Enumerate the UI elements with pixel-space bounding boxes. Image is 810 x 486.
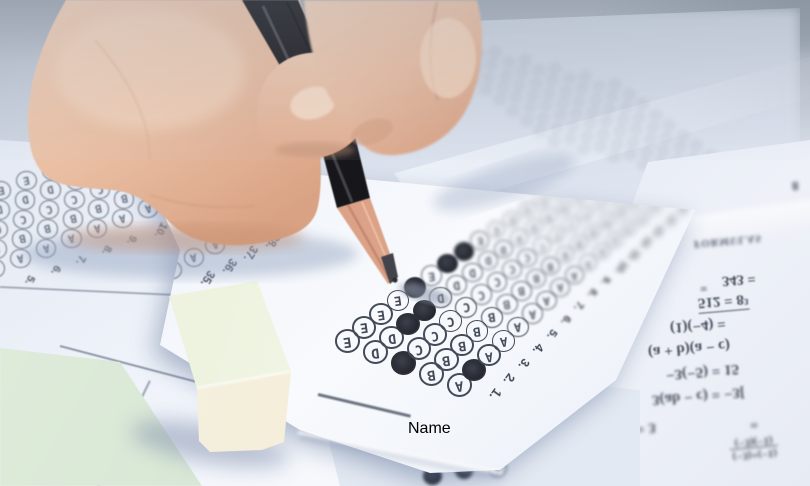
thumb-shade bbox=[275, 142, 355, 158]
palm-bottom-shade bbox=[65, 224, 305, 252]
pencil-point bbox=[392, 277, 397, 282]
knuckle-highlight bbox=[420, 18, 476, 98]
photo-canvas: FORMULAS = 343 = 512 = 8³ (1)(−4) = (a +… bbox=[0, 0, 810, 486]
finger-shadow bbox=[428, 142, 582, 223]
hand-and-pencil bbox=[0, 0, 810, 486]
palm-highlight bbox=[55, 10, 245, 130]
pencil-tip-shadow bbox=[397, 279, 453, 308]
